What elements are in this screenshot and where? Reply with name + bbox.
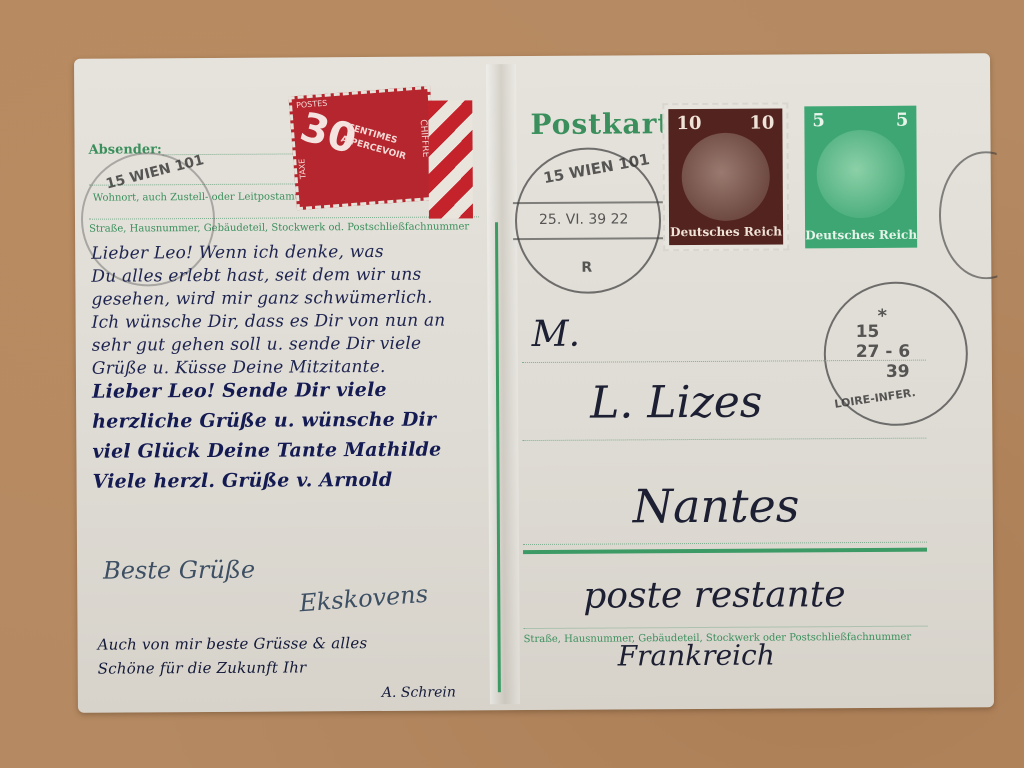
vienna-postmark: 15 WIEN 101 25. VI. 39 22 R <box>515 147 662 294</box>
green-address-rule <box>523 548 927 554</box>
stamp-10-pfennig: 10 10 Deutsches Reich <box>662 102 789 251</box>
address-poste-restante: poste restante <box>583 574 846 617</box>
sender-message-side: Absender: Wohnort, auch Zustell- oder Le… <box>74 70 496 713</box>
fold-crease <box>486 64 520 704</box>
signature-ekskovens: Ekskovens <box>298 580 429 618</box>
postcard: Absender: Wohnort, auch Zustell- oder Le… <box>74 53 994 713</box>
message-beste-grusse: Beste Grüße <box>103 556 255 585</box>
partial-postmark <box>939 151 1024 280</box>
nantes-postmark: * 15 27 - 6 39 LOIRE-INFER. <box>823 281 968 426</box>
address-line-2 <box>522 438 926 441</box>
stamp-5-pfennig: 5 5 Deutsches Reich <box>804 106 917 249</box>
address-name: L. Lizes <box>590 377 763 429</box>
address-city: Nantes <box>633 478 800 533</box>
postage-due-stamp: POSTES 30 CENTIMES A PERCEVOIR CHIFFRE T… <box>288 86 438 210</box>
message-schrein: Auch von mir beste Grüsse & alles Schöne… <box>98 631 368 681</box>
address-line-3 <box>523 542 927 545</box>
address-side: Postkarte 15 WIEN 101 25. VI. 39 22 R 10… <box>74 53 990 59</box>
address-salutation: M. <box>532 314 581 355</box>
portrait-medallion <box>816 130 905 219</box>
red-stripe-label <box>428 100 473 218</box>
address-line-4 <box>523 626 927 629</box>
signature-schrein: A. Schrein <box>382 684 456 700</box>
portrait-medallion <box>681 133 770 222</box>
address-country: Frankreich <box>618 639 775 673</box>
message-mathilde-arnold: Lieber Leo! Sende Dir viele herzliche Gr… <box>92 375 442 497</box>
message-mitzitante: Lieber Leo! Wenn ich denke, was Du alles… <box>91 241 446 381</box>
